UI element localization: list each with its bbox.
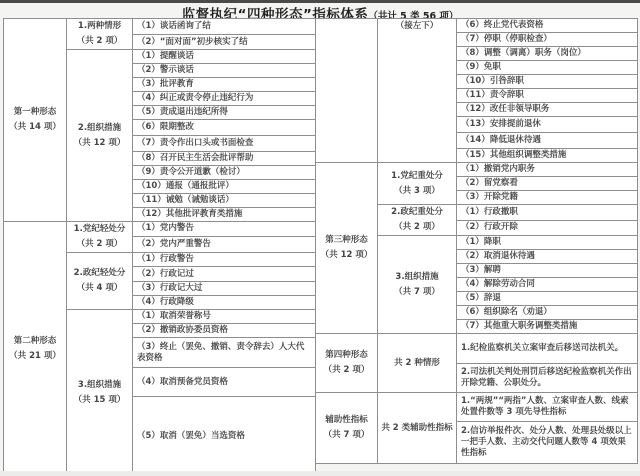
indicator-item: （6）组织除名（劝退）: [457, 306, 638, 320]
group-count: （共 2 项）: [69, 34, 130, 49]
indicator-item: （4）解除劳动合同: [457, 278, 638, 292]
indicator-item: （7）停职（停职检查）: [457, 33, 638, 47]
group-cell: 1.党纪轻处分 （共 2 项）: [67, 222, 133, 253]
group-name: 共 2 类辅助性指标: [380, 421, 454, 436]
form-cell-auxiliary: 辅助性指标 （共 7 项）: [316, 393, 378, 464]
group-cell: 1.党纪重处分 （共 3 项）: [378, 163, 457, 205]
indicator-item: 2.信访举报件次、处分人数、处理县处级以上一把手人数、主动交代问题人数等 4 项…: [457, 422, 638, 464]
indicator-item: （1）提醒谈话: [133, 50, 316, 64]
form-name: 第一种形态: [6, 105, 64, 120]
table-row: （接左下） （6）终止党代表资格: [316, 19, 638, 33]
table-row: 第三种形态 （共 12 项） 1.党纪重处分 （共 3 项） （1）撤销党内职务: [316, 163, 638, 177]
right-indicator-table: （接左下） （6）终止党代表资格 （7）停职（停职检查） （8）调整（调离）职务…: [315, 18, 638, 464]
group-count: （共 15 项）: [69, 393, 130, 408]
indicator-item: （12）其他批评教育类措施: [133, 208, 316, 222]
table-row: 第一种形态 （共 14 项） 1.两种情形 （共 2 项） （1）谈话函询了结: [4, 19, 316, 35]
indicator-item: （3）解聘: [457, 264, 638, 278]
indicator-item: （5）取消（罢免）当选资格: [133, 397, 316, 476]
indicator-item: 1.“两规”“两指”人数、立案审查人数、线索处置件数等 3 项先导性指标: [457, 393, 638, 422]
indicator-item: 1.纪检监察机关立案审查后移送司法机关。: [457, 334, 638, 364]
form-cell-first: 第一种形态 （共 14 项）: [4, 19, 67, 222]
form-count: （共 21 项）: [6, 349, 64, 364]
indicator-item: （10）引咎辞职: [457, 75, 638, 89]
table-row: 第四种形态 （共 2 项） 共 2 种情形 1.纪检监察机关立案审查后移送司法机…: [316, 334, 638, 364]
group-count: （共 7 项）: [380, 285, 454, 300]
group-name: 1.两种情形: [69, 19, 130, 34]
form-count: （共 12 项）: [318, 248, 375, 263]
indicator-item: 2.司法机关判处刑罚后移送纪检监察机关作出开除党籍、公职处分。: [457, 364, 638, 393]
indicator-item: （4）行政降级: [133, 296, 316, 310]
page-title: 监督执纪“四种形态”指标体系（共计 5 类 56 项）: [0, 3, 640, 18]
indicator-item: （9）免职: [457, 61, 638, 75]
form-cell-fourth: 第四种形态 （共 2 项）: [316, 334, 378, 393]
indicator-item: （5）责成退出违纪所得: [133, 106, 316, 120]
indicator-item: （1）行政警告: [133, 253, 316, 267]
indicator-item: （6）终止党代表资格: [457, 19, 638, 33]
group-name: 3.组织措施: [69, 378, 130, 393]
form-cell-third: 第三种形态 （共 12 项）: [316, 163, 378, 334]
table-row: 辅助性指标 （共 7 项） 共 2 类辅助性指标 1.“两规”“两指”人数、立案…: [316, 393, 638, 422]
group-name: 2.政纪重处分: [380, 205, 454, 220]
indicator-item: （11）责令辞职: [457, 89, 638, 103]
form-cell-second: 第二种形态 （共 21 项）: [4, 222, 67, 476]
indicator-item: （1）行政撤职: [457, 205, 638, 221]
group-cell: 3.组织措施 （共 15 项）: [67, 310, 133, 476]
indicator-item: （3）行政记大过: [133, 282, 316, 296]
form-count: （共 14 项）: [6, 120, 64, 135]
indicator-item: （3）开除党籍: [457, 191, 638, 205]
form-name: 辅助性指标: [318, 413, 375, 428]
indicator-item: （1）降职: [457, 236, 638, 250]
group-cell: 3.组织措施 （共 7 项）: [378, 236, 457, 334]
indicator-item: （1）谈话函询了结: [133, 19, 316, 35]
indicator-item: （11）诫勉（诫勉谈话）: [133, 194, 316, 208]
indicator-item: （14）降低退休待遇: [457, 133, 638, 149]
indicator-item: （2）撤销政协委员资格: [133, 324, 316, 338]
group-name: 共 2 种情形: [380, 356, 454, 371]
indicator-item: （2）取消退休待遇: [457, 250, 638, 264]
group-name: 1.党纪轻处分: [69, 222, 130, 237]
group-count: （共 2 项）: [380, 220, 454, 235]
group-name: 3.组织措施: [380, 270, 454, 285]
indicator-item: （10）通报（通报批评）: [133, 180, 316, 194]
group-cell: 共 2 类辅助性指标: [378, 393, 457, 464]
group-count: （共 4 项）: [69, 281, 130, 296]
continued-label: （接左下）: [380, 19, 454, 34]
indicator-item: （2）行政开除: [457, 220, 638, 236]
bottom-margin: [0, 471, 640, 476]
indicator-item: （3）终止（罢免、撤销、责令辞去）人大代表资格: [133, 338, 316, 368]
group-count: （共 2 项）: [69, 237, 130, 252]
indicator-item: （7）责令作出口头或书面检查: [133, 136, 316, 152]
group-cell: 共 2 种情形: [378, 334, 457, 393]
group-cell: 2.政纪轻处分 （共 4 项）: [67, 253, 133, 310]
left-indicator-table: 第一种形态 （共 14 项） 1.两种情形 （共 2 项） （1）谈话函询了结 …: [3, 18, 316, 476]
indicator-item: （2）留党察看: [457, 177, 638, 191]
indicator-item: （3）批评教育: [133, 78, 316, 92]
group-cell: 2.组织措施 （共 12 项）: [67, 50, 133, 222]
group-name: 1.党纪重处分: [380, 169, 454, 184]
indicator-item: （2）警示谈话: [133, 64, 316, 78]
form-count: （共 7 项）: [318, 428, 375, 443]
continued-form-cell: [316, 19, 378, 163]
form-name: 第三种形态: [318, 233, 375, 248]
indicator-item: （2）行政记过: [133, 267, 316, 282]
indicator-item: （2）“面对面”初步核实了结: [133, 35, 316, 50]
indicator-item: （15）其他组织调整类措施: [457, 149, 638, 163]
continued-label-cell: （接左下）: [378, 19, 457, 163]
indicator-item: （4）取消预备党员资格: [133, 368, 316, 397]
form-name: 第二种形态: [6, 334, 64, 349]
table-row: 第二种形态 （共 21 项） 1.党纪轻处分 （共 2 项） （1）党内警告: [4, 222, 316, 237]
indicator-item: （8）召开民主生活会批评帮助: [133, 152, 316, 166]
group-name: 2.政纪轻处分: [69, 266, 130, 281]
group-count: （共 3 项）: [380, 184, 454, 199]
group-count: （共 12 项）: [69, 136, 130, 151]
form-count: （共 2 项）: [318, 363, 375, 378]
form-name: 第四种形态: [318, 348, 375, 363]
indicator-item: （4）纠正或责令停止违纪行为: [133, 92, 316, 106]
indicator-item: （6）限期整改: [133, 120, 316, 136]
group-cell: 2.政纪重处分 （共 2 项）: [378, 205, 457, 236]
indicator-item: （2）党内严重警告: [133, 236, 316, 252]
indicator-item: （1）取消荣誉称号: [133, 310, 316, 324]
indicator-item: （7）其他重大职务调整类措施: [457, 320, 638, 334]
group-name: 2.组织措施: [69, 121, 130, 136]
group-cell: 1.两种情形 （共 2 项）: [67, 19, 133, 50]
indicator-item: （1）党内警告: [133, 222, 316, 237]
indicator-item: （13）安排提前退休: [457, 117, 638, 133]
indicator-item: （9）责令公开道歉（检讨）: [133, 166, 316, 180]
indicator-item: （5）辞退: [457, 292, 638, 306]
indicator-item: （1）撤销党内职务: [457, 163, 638, 177]
indicator-item: （8）调整（调离）职务（岗位）: [457, 47, 638, 61]
indicator-item: （12）改任非领导职务: [457, 103, 638, 117]
